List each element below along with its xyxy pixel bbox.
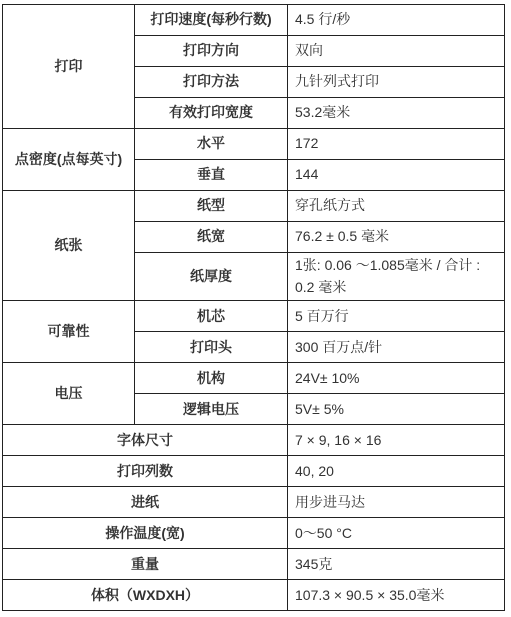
value-cell: 5 百万行 (288, 301, 505, 332)
value-cell: 5V± 5% (288, 394, 505, 425)
value-cell: 76.2 ± 0.5 毫米 (288, 222, 505, 253)
printer-spec-table: 打印 打印速度(每秒行数) 4.5 行/秒 打印方向 双向 打印方法 九针列式打… (2, 4, 505, 611)
value-cell: 40, 20 (288, 456, 505, 487)
spec-row: 操作温度(宽) 0～50 °C (3, 518, 505, 549)
spec-row: 字体尺寸 7 × 9, 16 × 16 (3, 425, 505, 456)
key-cell: 体积（WXDXH） (3, 580, 288, 611)
key-cell: 机构 (135, 363, 288, 394)
key-cell: 打印头 (135, 332, 288, 363)
key-cell: 打印速度(每秒行数) (135, 5, 288, 36)
spec-row: 打印列数 40, 20 (3, 456, 505, 487)
key-cell: 进纸 (3, 487, 288, 518)
key-cell: 垂直 (135, 160, 288, 191)
value-cell: 300 百万点/针 (288, 332, 505, 363)
spec-row: 可靠性 机芯 5 百万行 (3, 301, 505, 332)
key-cell: 纸宽 (135, 222, 288, 253)
spec-row: 点密度(点每英寸) 水平 172 (3, 129, 505, 160)
category-cell: 纸张 (3, 191, 135, 301)
value-cell: 24V± 10% (288, 363, 505, 394)
spec-row: 电压 机构 24V± 10% (3, 363, 505, 394)
value-cell: 0～50 °C (288, 518, 505, 549)
key-cell: 有效打印宽度 (135, 98, 288, 129)
value-cell: 53.2毫米 (288, 98, 505, 129)
category-cell: 打印 (3, 5, 135, 129)
key-cell: 机芯 (135, 301, 288, 332)
value-cell: 4.5 行/秒 (288, 5, 505, 36)
spec-row: 纸张 纸型 穿孔纸方式 (3, 191, 505, 222)
category-cell: 点密度(点每英寸) (3, 129, 135, 191)
key-cell: 纸型 (135, 191, 288, 222)
key-cell: 打印列数 (3, 456, 288, 487)
value-cell: 144 (288, 160, 505, 191)
spec-row: 重量 345克 (3, 549, 505, 580)
key-cell: 字体尺寸 (3, 425, 288, 456)
spec-page: 打印 打印速度(每秒行数) 4.5 行/秒 打印方向 双向 打印方法 九针列式打… (0, 0, 511, 617)
value-cell: 7 × 9, 16 × 16 (288, 425, 505, 456)
category-cell: 可靠性 (3, 301, 135, 363)
value-cell: 双向 (288, 36, 505, 67)
key-cell: 水平 (135, 129, 288, 160)
spec-row: 体积（WXDXH） 107.3 × 90.5 × 35.0毫米 (3, 580, 505, 611)
value-cell: 1张: 0.06 ～1.085毫米 / 合计 : 0.2 毫米 (288, 253, 505, 301)
key-cell: 打印方向 (135, 36, 288, 67)
value-cell: 345克 (288, 549, 505, 580)
key-cell: 操作温度(宽) (3, 518, 288, 549)
value-cell: 用步进马达 (288, 487, 505, 518)
spec-row: 打印 打印速度(每秒行数) 4.5 行/秒 (3, 5, 505, 36)
value-cell: 九针列式打印 (288, 67, 505, 98)
key-cell: 打印方法 (135, 67, 288, 98)
value-cell: 172 (288, 129, 505, 160)
value-cell: 穿孔纸方式 (288, 191, 505, 222)
key-cell: 重量 (3, 549, 288, 580)
category-cell: 电压 (3, 363, 135, 425)
key-cell: 纸厚度 (135, 253, 288, 301)
spec-row: 进纸 用步进马达 (3, 487, 505, 518)
key-cell: 逻辑电压 (135, 394, 288, 425)
value-cell: 107.3 × 90.5 × 35.0毫米 (288, 580, 505, 611)
